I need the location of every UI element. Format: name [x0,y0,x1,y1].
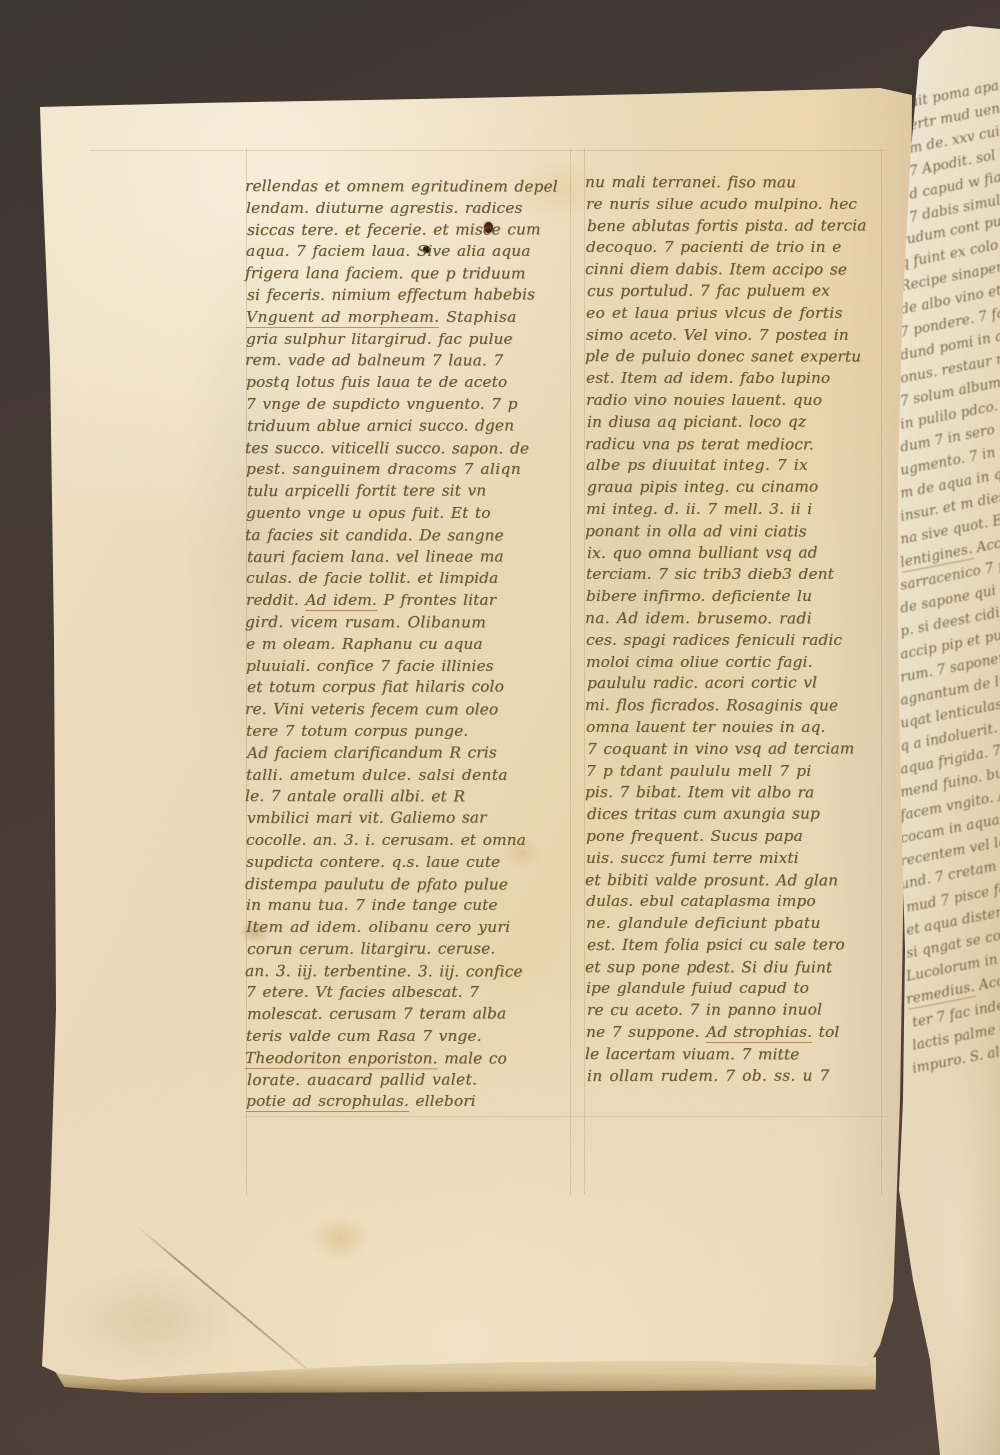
text-line: dices tritas cum axungia sup [587,803,887,825]
text-segment: male co [438,1049,507,1067]
rubric-heading: potie ad scrophulas. [246,1092,409,1112]
text-line: tauri faciem lana. vel lineae ma [247,546,571,568]
text-line: tere 7 totum corpus punge. [246,721,570,743]
text-segment: tol [812,1023,839,1041]
text-line: decoquo. 7 pacienti de trio in e [586,237,886,259]
text-line: re nuris silue acudo mulpino. hec [586,194,886,216]
text-line: vmbilici mari vit. Galiemo sar [247,807,571,829]
text-line: supdicta contere. q.s. laue cute [246,852,570,874]
text-line: uis. succz fumi terre mixti [586,848,886,870]
text-line: molescat. cerusam 7 teram alba [247,1004,571,1026]
text-line: siccas tere. et fecerie. et misce cum [247,219,571,241]
manuscript-photo: rellendas et omnem egritudinem depellend… [0,0,1000,1455]
text-line: radicu vna ps terat mediocr. [585,434,885,456]
manuscript-page: rellendas et omnem egritudinem depellend… [0,0,1000,1455]
text-line: et sup pone pdest. Si diu fuint [585,957,885,979]
text-line: in diusa aq piciant. loco qz [587,411,887,433]
text-segment: Staphisa [439,308,516,326]
text-line: tes succo. viticelli succo. sapon. de [245,438,569,460]
text-line: ne. glandule deficiunt pbatu [586,913,886,935]
text-line: pest. sanguinem dracoms 7 aliqn [246,459,570,481]
text-line: frigera lana faciem. que p triduum [245,263,569,285]
text-line: eo et laua prius vlcus de fortis [586,303,886,325]
text-line: ponant in olla ad vini ciatis [585,521,885,543]
text-segment: ellebori [409,1092,476,1110]
text-line: re. Vini veteris fecem cum oleo [245,699,569,721]
text-line: Theodoriton enporiston. male co [245,1048,569,1070]
text-line: culas. de facie tollit. et limpida [246,568,570,590]
text-line: 7 etere. Vt facies albescat. 7 [246,982,570,1004]
text-line: simo aceto. Vel vino. 7 postea in [586,325,886,347]
text-line: ple de puluio donec sanet expertu [585,346,885,368]
text-line: lendam. diuturne agrestis. radices [246,198,570,220]
text-segment: ne 7 suppone. [586,1023,706,1041]
text-line: potie ad scrophulas. ellebori [246,1091,570,1113]
text-line: teris valde cum Rasa 7 vnge. [246,1026,570,1048]
text-line: in manu tua. 7 inde tange cute [246,895,570,917]
rubric-heading: Ad strophias. [706,1023,812,1043]
text-line: an. 3. iij. terbentine. 3. iij. confice [245,961,569,983]
text-line: bibere infirmo. deficiente lu [586,586,886,608]
text-line: ipe glandule fuiud capud to [586,978,886,1000]
text-line: pone frequent. Sucus papa [586,826,886,848]
text-line: ne 7 suppone. Ad strophias. tol [586,1022,886,1044]
text-line: le lacertam viuam. 7 mitte [585,1044,885,1066]
text-line: gird. vicem rusam. Olibanum [245,612,569,634]
text-line: Vnguent ad morpheam. Staphisa [246,307,570,329]
text-line: tulu arpicelli fortit tere sit vn [247,480,571,502]
text-line: pis. 7 bibat. Item vit albo ra [585,782,885,804]
text-line: Item ad idem. olibanu cero yuri [246,917,570,939]
text-line: et bibiti valde prosunt. Ad glan [585,870,885,892]
text-line: est. Item folia psici cu sale tero [587,934,887,956]
text-line: 7 coquant in vino vsq ad terciam [587,738,887,760]
text-line: aqua. 7 faciem laua. Sive alia aqua [246,241,570,263]
text-line: albe ps diuuitat integ. 7 ix [586,455,886,477]
text-line: gria sulphur litargirud. fac pulue [246,329,570,351]
text-line: est. Item ad idem. fabo lupino [586,368,886,390]
text-line: nu mali terranei. fiso mau [585,172,885,194]
text-line: corun cerum. litargiru. ceruse. [247,938,571,960]
text-line: le. 7 antale oralli albi. et R [245,786,569,808]
text-line: in ollam rudem. 7 ob. ss. u 7 [587,1065,887,1087]
text-line: guento vnge u opus fuit. Et to [246,503,570,525]
text-line: paululu radic. acori cortic vl [587,673,887,695]
text-line: ces. spagi radices feniculi radic [586,630,886,652]
text-line: dulas. ebul cataplasma impo [586,891,886,913]
text-segment: P frontes litar [377,591,496,609]
text-line: moloi cima oliue cortic fagi. [586,652,886,674]
text-line: terciam. 7 sic trib3 dieb3 dent [586,564,886,586]
text-segment: Accip [971,533,1000,557]
text-segment: reddit. [246,591,305,609]
text-line: rellendas et omnem egritudinem depel [245,176,569,198]
text-line: na. Ad idem. brusemo. radi [585,608,885,630]
text-line: mi. flos ficrados. Rosaginis que [585,695,885,717]
text-line: 7 p tdant paululu mell 7 pi [586,761,886,783]
text-line: postq lotus fuis laua te de aceto [246,372,570,394]
text-line: cinni diem dabis. Item accipo se [585,259,885,281]
text-line: distempa paulutu de pfato pulue [245,874,569,896]
text-line: cus portulud. 7 fac puluem ex [587,280,887,302]
text-line: Ad faciem clarificandum R cris [247,742,571,764]
text-column-right: nu mali terranei. fiso maure nuris silue… [586,172,886,1087]
rubric-heading: Theodoriton enporiston. [245,1049,438,1069]
text-line: re cu aceto. 7 in panno inuol [587,1000,887,1022]
text-column-left: rellendas et omnem egritudinem depellend… [246,176,570,1113]
text-line: cocolle. an. 3. i. cerusam. et omna [246,830,570,852]
text-line: mi integ. d. ii. 7 mell. 3. ii i [586,499,886,521]
text-line: triduum ablue arnici succo. dgen [247,415,571,437]
text-line: ta facies sit candida. De sangne [245,525,569,547]
text-line: bene ablutas fortis pista. ad tercia [587,215,887,237]
text-line: e m oleam. Raphanu cu aqua [246,634,570,656]
rubric-heading: Ad idem. [305,591,377,611]
text-line: graua pipis integ. cu cinamo [587,477,887,499]
text-line: ix. quo omna bulliant vsq ad [587,542,887,564]
text-line: rem. vade ad balneum 7 laua. 7 [245,350,569,372]
text-line: lorate. auacard pallid valet. [247,1069,571,1091]
text-line: si feceris. nimium effectum habebis [247,284,571,306]
text-line: et totum corpus fiat hilaris colo [247,677,571,699]
text-line: radio vino nouies lauent. quo [586,390,886,412]
text-line: 7 vnge de supdicto vnguento. 7 p [246,394,570,416]
rubric-heading: Vnguent ad morpheam. [246,308,439,328]
text-line: pluuiali. confice 7 facie illinies [246,656,570,678]
text-line: reddit. Ad idem. P frontes litar [246,590,570,612]
text-line: talli. ametum dulce. salsi denta [246,765,570,787]
text-line: omna lauent ter nouies in aq. [586,717,886,739]
